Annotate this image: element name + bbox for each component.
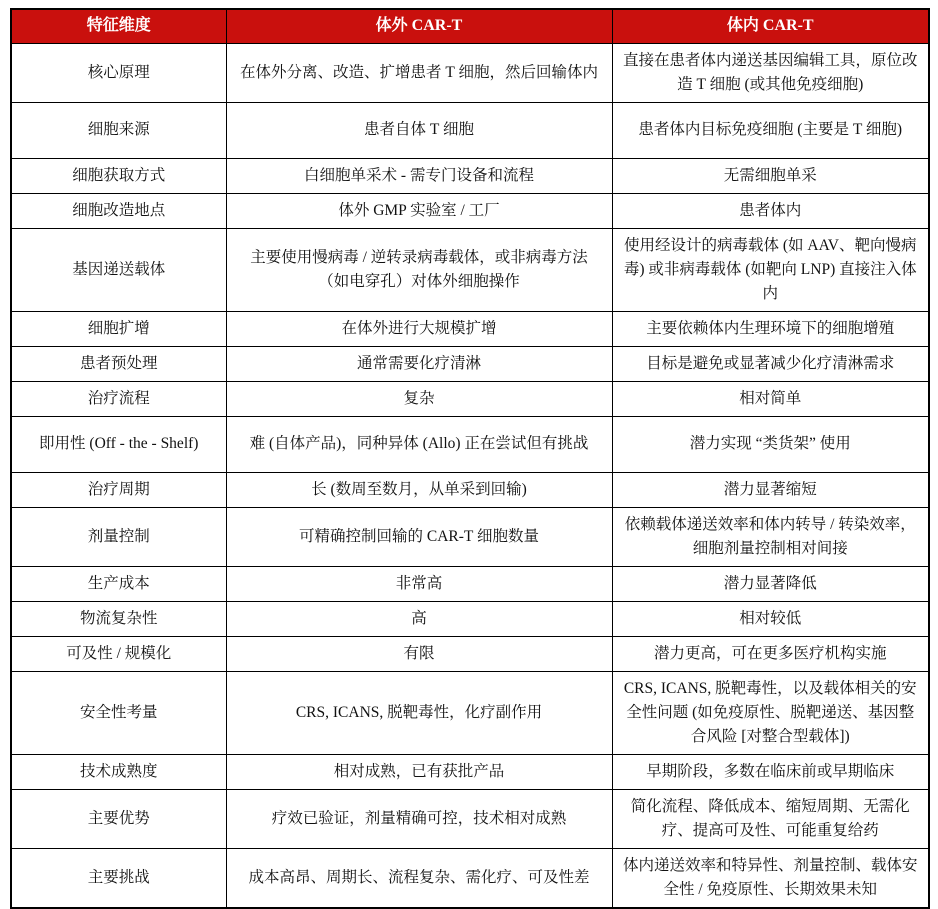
feature-cell: 剂量控制	[11, 507, 226, 566]
in-vivo-cell: 主要依赖体内生理环境下的细胞增殖	[612, 311, 929, 346]
table-row: 安全性考量 CRS, ICANS, 脱靶毒性，化疗副作用 CRS, ICANS,…	[11, 672, 929, 755]
table-row: 可及性 / 规模化 有限 潜力更高，可在更多医疗机构实施	[11, 637, 929, 672]
table-row: 治疗周期 长 (数周至数月，从单采到回输) 潜力显著缩短	[11, 472, 929, 507]
table-row: 核心原理 在体外分离、改造、扩增患者 T 细胞，然后回输体内 直接在患者体内递送…	[11, 43, 929, 102]
feature-cell: 物流复杂性	[11, 602, 226, 637]
header-cell-ex-vivo: 体外 CAR-T	[226, 9, 612, 43]
ex-vivo-cell: 疗效已验证，剂量精确可控，技术相对成熟	[226, 790, 612, 849]
feature-cell: 生产成本	[11, 567, 226, 602]
in-vivo-cell: 目标是避免或显著减少化疗清淋需求	[612, 346, 929, 381]
ex-vivo-cell: 相对成熟，已有获批产品	[226, 755, 612, 790]
table-row: 细胞改造地点 体外 GMP 实验室 / 工厂 患者体内	[11, 193, 929, 228]
ex-vivo-cell: 体外 GMP 实验室 / 工厂	[226, 193, 612, 228]
ex-vivo-cell: 通常需要化疗清淋	[226, 346, 612, 381]
in-vivo-cell: 依赖载体递送效率和体内转导 / 转染效率，细胞剂量控制相对间接	[612, 507, 929, 566]
table-row: 细胞扩增 在体外进行大规模扩增 主要依赖体内生理环境下的细胞增殖	[11, 311, 929, 346]
table-row: 细胞获取方式 白细胞单采术 - 需专门设备和流程 无需细胞单采	[11, 158, 929, 193]
table-row: 技术成熟度 相对成熟，已有获批产品 早期阶段，多数在临床前或早期临床	[11, 755, 929, 790]
ex-vivo-cell: 在体外分离、改造、扩增患者 T 细胞，然后回输体内	[226, 43, 612, 102]
in-vivo-cell: 患者体内目标免疫细胞 (主要是 T 细胞)	[612, 102, 929, 158]
ex-vivo-cell: 难 (自体产品)，同种异体 (Allo) 正在尝试但有挑战	[226, 416, 612, 472]
table-row: 剂量控制 可精确控制回输的 CAR-T 细胞数量 依赖载体递送效率和体内转导 /…	[11, 507, 929, 566]
ex-vivo-cell: 白细胞单采术 - 需专门设备和流程	[226, 158, 612, 193]
ex-vivo-cell: 患者自体 T 细胞	[226, 102, 612, 158]
header-cell-feature: 特征维度	[11, 9, 226, 43]
feature-cell: 细胞扩增	[11, 311, 226, 346]
ex-vivo-cell: 在体外进行大规模扩增	[226, 311, 612, 346]
ex-vivo-cell: 复杂	[226, 381, 612, 416]
ex-vivo-cell: CRS, ICANS, 脱靶毒性，化疗副作用	[226, 672, 612, 755]
header-cell-in-vivo: 体内 CAR-T	[612, 9, 929, 43]
in-vivo-cell: 潜力实现 “类货架” 使用	[612, 416, 929, 472]
feature-cell: 患者预处理	[11, 346, 226, 381]
table-row: 患者预处理 通常需要化疗清淋 目标是避免或显著减少化疗清淋需求	[11, 346, 929, 381]
in-vivo-cell: 简化流程、降低成本、缩短周期、无需化疗、提高可及性、可能重复给药	[612, 790, 929, 849]
feature-cell: 主要挑战	[11, 849, 226, 909]
table-row: 主要优势 疗效已验证，剂量精确可控，技术相对成熟 简化流程、降低成本、缩短周期、…	[11, 790, 929, 849]
feature-cell: 主要优势	[11, 790, 226, 849]
ex-vivo-cell: 长 (数周至数月，从单采到回输)	[226, 472, 612, 507]
ex-vivo-cell: 高	[226, 602, 612, 637]
in-vivo-cell: 潜力显著缩短	[612, 472, 929, 507]
table-row: 即用性 (Off - the - Shelf) 难 (自体产品)，同种异体 (A…	[11, 416, 929, 472]
table-row: 细胞来源 患者自体 T 细胞 患者体内目标免疫细胞 (主要是 T 细胞)	[11, 102, 929, 158]
feature-cell: 安全性考量	[11, 672, 226, 755]
table-row: 基因递送载体 主要使用慢病毒 / 逆转录病毒载体，或非病毒方法（如电穿孔）对体外…	[11, 228, 929, 311]
in-vivo-cell: CRS, ICANS, 脱靶毒性，以及载体相关的安全性问题 (如免疫原性、脱靶递…	[612, 672, 929, 755]
page: 特征维度 体外 CAR-T 体内 CAR-T 核心原理 在体外分离、改造、扩增患…	[0, 0, 938, 880]
in-vivo-cell: 早期阶段，多数在临床前或早期临床	[612, 755, 929, 790]
feature-cell: 即用性 (Off - the - Shelf)	[11, 416, 226, 472]
in-vivo-cell: 相对较低	[612, 602, 929, 637]
in-vivo-cell: 无需细胞单采	[612, 158, 929, 193]
table-header-row: 特征维度 体外 CAR-T 体内 CAR-T	[11, 9, 929, 43]
table-row: 生产成本 非常高 潜力显著降低	[11, 567, 929, 602]
feature-cell: 基因递送载体	[11, 228, 226, 311]
table-row: 治疗流程 复杂 相对简单	[11, 381, 929, 416]
comparison-table: 特征维度 体外 CAR-T 体内 CAR-T 核心原理 在体外分离、改造、扩增患…	[10, 8, 930, 909]
feature-cell: 技术成熟度	[11, 755, 226, 790]
feature-cell: 可及性 / 规模化	[11, 637, 226, 672]
in-vivo-cell: 相对简单	[612, 381, 929, 416]
feature-cell: 细胞获取方式	[11, 158, 226, 193]
table-row: 物流复杂性 高 相对较低	[11, 602, 929, 637]
table-row: 主要挑战 成本高昂、周期长、流程复杂、需化疗、可及性差 体内递送效率和特异性、剂…	[11, 849, 929, 909]
ex-vivo-cell: 成本高昂、周期长、流程复杂、需化疗、可及性差	[226, 849, 612, 909]
in-vivo-cell: 潜力显著降低	[612, 567, 929, 602]
feature-cell: 细胞来源	[11, 102, 226, 158]
feature-cell: 治疗流程	[11, 381, 226, 416]
feature-cell: 治疗周期	[11, 472, 226, 507]
in-vivo-cell: 直接在患者体内递送基因编辑工具，原位改造 T 细胞 (或其他免疫细胞)	[612, 43, 929, 102]
feature-cell: 核心原理	[11, 43, 226, 102]
in-vivo-cell: 体内递送效率和特异性、剂量控制、载体安全性 / 免疫原性、长期效果未知	[612, 849, 929, 909]
ex-vivo-cell: 主要使用慢病毒 / 逆转录病毒载体，或非病毒方法（如电穿孔）对体外细胞操作	[226, 228, 612, 311]
ex-vivo-cell: 有限	[226, 637, 612, 672]
in-vivo-cell: 患者体内	[612, 193, 929, 228]
in-vivo-cell: 潜力更高，可在更多医疗机构实施	[612, 637, 929, 672]
in-vivo-cell: 使用经设计的病毒载体 (如 AAV、靶向慢病毒) 或非病毒载体 (如靶向 LNP…	[612, 228, 929, 311]
feature-cell: 细胞改造地点	[11, 193, 226, 228]
ex-vivo-cell: 可精确控制回输的 CAR-T 细胞数量	[226, 507, 612, 566]
ex-vivo-cell: 非常高	[226, 567, 612, 602]
